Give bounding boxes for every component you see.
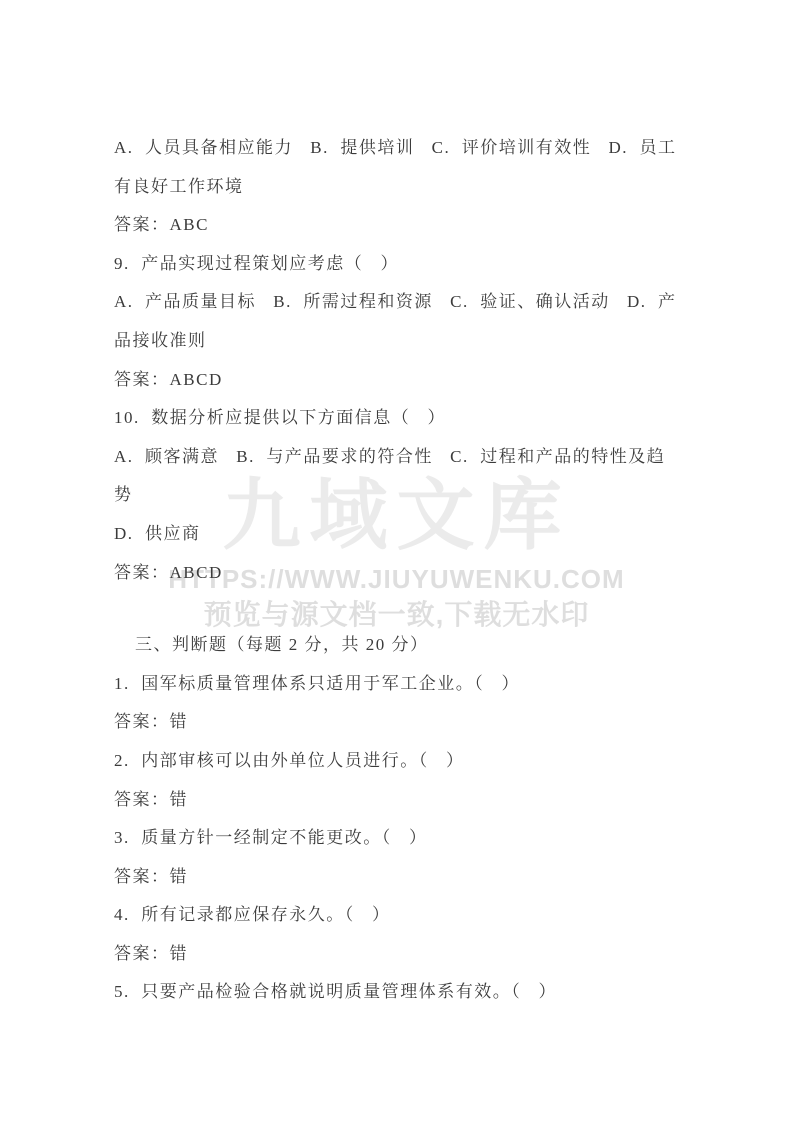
option-line-wrap: D. 供应商: [114, 515, 680, 554]
answer-line-tf1: 答案：错: [114, 703, 680, 742]
answer-line-tf3: 答案：错: [114, 858, 680, 897]
answer-line-tf4: 答案：错: [114, 935, 680, 974]
question-line-tf2: 2. 内部审核可以由外单位人员进行。（ ）: [114, 742, 680, 781]
document-page: 九域文库 HTTPS://WWW.JIUYUWENKU.COM 预览与源文档一致…: [0, 0, 793, 1122]
option-line: A. 产品质量目标 B. 所需过程和资源 C. 验证、确认活动 D. 产: [114, 283, 680, 322]
option-line-wrap: 品接收准则: [114, 322, 680, 361]
answer-line-q10: 答案：ABCD: [114, 554, 680, 593]
section-heading-judgement: 三、判断题（每题 2 分，共 20 分）: [114, 626, 680, 665]
answer-line-tf2: 答案：错: [114, 781, 680, 820]
answer-line-q9: 答案：ABCD: [114, 361, 680, 400]
question-line-10: 10. 数据分析应提供以下方面信息（ ）: [114, 399, 680, 438]
option-line: A. 顾客满意 B. 与产品要求的符合性 C. 过程和产品的特性及趋势: [114, 438, 680, 515]
question-line-tf1: 1. 国军标质量管理体系只适用于军工企业。（ ）: [114, 665, 680, 704]
question-line-9: 9. 产品实现过程策划应考虑（ ）: [114, 245, 680, 284]
answer-line-q8: 答案：ABC: [114, 206, 680, 245]
document-content: A. 人员具备相应能力 B. 提供培训 C. 评价培训有效性 D. 员工 有良好…: [114, 129, 680, 1012]
option-line-wrap: 有良好工作环境: [114, 168, 680, 207]
option-line: A. 人员具备相应能力 B. 提供培训 C. 评价培训有效性 D. 员工: [114, 129, 680, 168]
question-line-tf3: 3. 质量方针一经制定不能更改。（ ）: [114, 819, 680, 858]
question-line-tf4: 4. 所有记录都应保存永久。（ ）: [114, 896, 680, 935]
question-line-tf5: 5. 只要产品检验合格就说明质量管理体系有效。（ ）: [114, 973, 680, 1012]
